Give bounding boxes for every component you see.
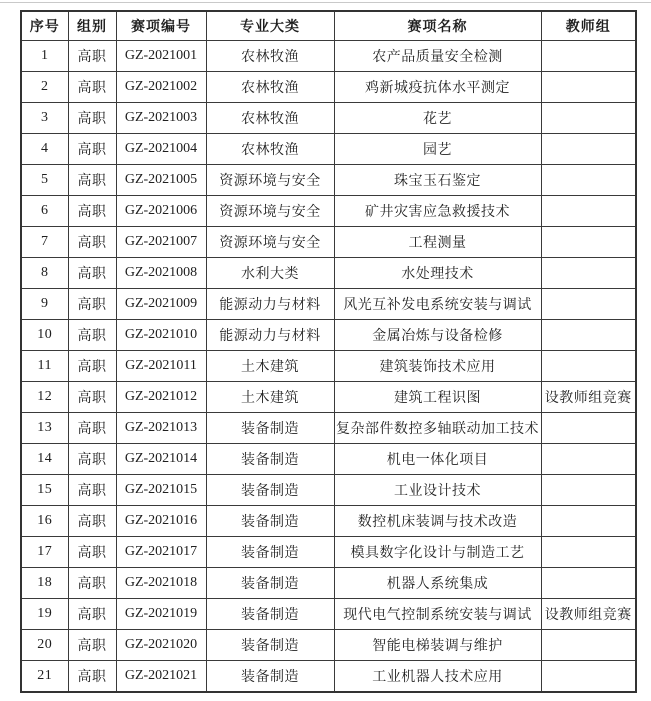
cell-teacher	[541, 289, 636, 320]
cell-name: 风光互补发电系统安装与调试	[334, 289, 541, 320]
cell-teacher	[541, 196, 636, 227]
cell-index: 11	[21, 351, 68, 382]
cell-category: 装备制造	[206, 537, 334, 568]
cell-name: 工程测量	[334, 227, 541, 258]
table-row: 15高职GZ-2021015装备制造工业设计技术	[21, 475, 636, 506]
cell-group: 高职	[68, 258, 116, 289]
cell-code: GZ-2021011	[116, 351, 206, 382]
cell-category: 装备制造	[206, 599, 334, 630]
cell-index: 19	[21, 599, 68, 630]
cell-code: GZ-2021001	[116, 41, 206, 72]
cell-code: GZ-2021008	[116, 258, 206, 289]
cell-code: GZ-2021006	[116, 196, 206, 227]
cell-category: 能源动力与材料	[206, 320, 334, 351]
cell-name: 现代电气控制系统安装与调试	[334, 599, 541, 630]
cell-group: 高职	[68, 320, 116, 351]
cell-category: 装备制造	[206, 506, 334, 537]
cell-group: 高职	[68, 413, 116, 444]
table-row: 14高职GZ-2021014装备制造机电一体化项目	[21, 444, 636, 475]
table-row: 6高职GZ-2021006资源环境与安全矿井灾害应急救援技术	[21, 196, 636, 227]
cell-index: 12	[21, 382, 68, 413]
cell-group: 高职	[68, 41, 116, 72]
cell-index: 9	[21, 289, 68, 320]
table-row: 3高职GZ-2021003农林牧渔花艺	[21, 103, 636, 134]
cell-code: GZ-2021004	[116, 134, 206, 165]
table-row: 16高职GZ-2021016装备制造数控机床装调与技术改造	[21, 506, 636, 537]
cell-group: 高职	[68, 196, 116, 227]
cell-teacher	[541, 134, 636, 165]
table-row: 7高职GZ-2021007资源环境与安全工程测量	[21, 227, 636, 258]
cell-teacher	[541, 661, 636, 693]
cell-category: 能源动力与材料	[206, 289, 334, 320]
cell-name: 数控机床装调与技术改造	[334, 506, 541, 537]
table-row: 20高职GZ-2021020装备制造智能电梯装调与维护	[21, 630, 636, 661]
cell-index: 16	[21, 506, 68, 537]
cell-group: 高职	[68, 568, 116, 599]
cell-code: GZ-2021012	[116, 382, 206, 413]
cell-index: 21	[21, 661, 68, 693]
cell-category: 装备制造	[206, 661, 334, 693]
cell-group: 高职	[68, 227, 116, 258]
cell-teacher	[541, 351, 636, 382]
table-row: 11高职GZ-2021011土木建筑建筑装饰技术应用	[21, 351, 636, 382]
cell-code: GZ-2021014	[116, 444, 206, 475]
cell-category: 资源环境与安全	[206, 196, 334, 227]
cell-group: 高职	[68, 289, 116, 320]
cell-category: 农林牧渔	[206, 103, 334, 134]
cell-group: 高职	[68, 599, 116, 630]
table-row: 18高职GZ-2021018装备制造机器人系统集成	[21, 568, 636, 599]
cell-index: 3	[21, 103, 68, 134]
cell-category: 土木建筑	[206, 351, 334, 382]
column-header-teacher: 教师组	[541, 11, 636, 41]
cell-teacher	[541, 568, 636, 599]
cell-group: 高职	[68, 630, 116, 661]
cell-name: 金属冶炼与设备检修	[334, 320, 541, 351]
cell-group: 高职	[68, 475, 116, 506]
cell-index: 6	[21, 196, 68, 227]
cell-code: GZ-2021021	[116, 661, 206, 693]
cell-teacher: 设教师组竞赛	[541, 599, 636, 630]
cell-teacher	[541, 72, 636, 103]
cell-category: 装备制造	[206, 475, 334, 506]
cell-group: 高职	[68, 165, 116, 196]
cell-code: GZ-2021013	[116, 413, 206, 444]
cell-category: 装备制造	[206, 568, 334, 599]
cell-category: 资源环境与安全	[206, 165, 334, 196]
cell-index: 15	[21, 475, 68, 506]
cell-code: GZ-2021007	[116, 227, 206, 258]
cell-name: 机器人系统集成	[334, 568, 541, 599]
cell-name: 工业机器人技术应用	[334, 661, 541, 693]
table-row: 5高职GZ-2021005资源环境与安全珠宝玉石鉴定	[21, 165, 636, 196]
cell-name: 工业设计技术	[334, 475, 541, 506]
cell-code: GZ-2021009	[116, 289, 206, 320]
cell-index: 13	[21, 413, 68, 444]
cell-group: 高职	[68, 382, 116, 413]
column-header-group: 组别	[68, 11, 116, 41]
cell-teacher	[541, 165, 636, 196]
cell-group: 高职	[68, 103, 116, 134]
cell-group: 高职	[68, 537, 116, 568]
table-row: 4高职GZ-2021004农林牧渔园艺	[21, 134, 636, 165]
cell-teacher	[541, 103, 636, 134]
cell-name: 建筑工程识图	[334, 382, 541, 413]
cell-teacher	[541, 475, 636, 506]
cell-index: 10	[21, 320, 68, 351]
cell-name: 机电一体化项目	[334, 444, 541, 475]
cell-category: 农林牧渔	[206, 134, 334, 165]
column-header-index: 序号	[21, 11, 68, 41]
table-header: 序号组别赛项编号专业大类赛项名称教师组	[21, 11, 636, 41]
cell-category: 农林牧渔	[206, 41, 334, 72]
cell-code: GZ-2021003	[116, 103, 206, 134]
cell-name: 花艺	[334, 103, 541, 134]
cell-teacher	[541, 630, 636, 661]
column-header-code: 赛项编号	[116, 11, 206, 41]
table-row: 19高职GZ-2021019装备制造现代电气控制系统安装与调试设教师组竞赛	[21, 599, 636, 630]
cell-index: 4	[21, 134, 68, 165]
table-row: 21高职GZ-2021021装备制造工业机器人技术应用	[21, 661, 636, 693]
cell-name: 复杂部件数控多轴联动加工技术	[334, 413, 541, 444]
cell-teacher	[541, 258, 636, 289]
cell-category: 装备制造	[206, 413, 334, 444]
cell-name: 建筑装饰技术应用	[334, 351, 541, 382]
cell-code: GZ-2021020	[116, 630, 206, 661]
cell-index: 1	[21, 41, 68, 72]
cell-teacher: 设教师组竞赛	[541, 382, 636, 413]
table-row: 13高职GZ-2021013装备制造复杂部件数控多轴联动加工技术	[21, 413, 636, 444]
cell-group: 高职	[68, 134, 116, 165]
cell-code: GZ-2021016	[116, 506, 206, 537]
cell-code: GZ-2021002	[116, 72, 206, 103]
competition-table: 序号组别赛项编号专业大类赛项名称教师组 1高职GZ-2021001农林牧渔农产品…	[20, 10, 637, 693]
cell-name: 智能电梯装调与维护	[334, 630, 541, 661]
cell-index: 5	[21, 165, 68, 196]
table-row: 17高职GZ-2021017装备制造模具数字化设计与制造工艺	[21, 537, 636, 568]
cell-index: 7	[21, 227, 68, 258]
cell-index: 2	[21, 72, 68, 103]
cell-category: 农林牧渔	[206, 72, 334, 103]
cell-category: 土木建筑	[206, 382, 334, 413]
cell-index: 18	[21, 568, 68, 599]
table-row: 1高职GZ-2021001农林牧渔农产品质量安全检测	[21, 41, 636, 72]
cell-category: 装备制造	[206, 444, 334, 475]
cell-category: 资源环境与安全	[206, 227, 334, 258]
cell-code: GZ-2021005	[116, 165, 206, 196]
cell-group: 高职	[68, 506, 116, 537]
cell-name: 农产品质量安全检测	[334, 41, 541, 72]
cell-index: 14	[21, 444, 68, 475]
cell-name: 珠宝玉石鉴定	[334, 165, 541, 196]
column-header-category: 专业大类	[206, 11, 334, 41]
top-edge-rule	[0, 2, 651, 3]
table-header-row: 序号组别赛项编号专业大类赛项名称教师组	[21, 11, 636, 41]
column-header-name: 赛项名称	[334, 11, 541, 41]
cell-group: 高职	[68, 351, 116, 382]
cell-code: GZ-2021018	[116, 568, 206, 599]
cell-teacher	[541, 227, 636, 258]
cell-code: GZ-2021010	[116, 320, 206, 351]
cell-group: 高职	[68, 72, 116, 103]
cell-code: GZ-2021015	[116, 475, 206, 506]
cell-code: GZ-2021017	[116, 537, 206, 568]
table-row: 10高职GZ-2021010能源动力与材料金属冶炼与设备检修	[21, 320, 636, 351]
cell-group: 高职	[68, 444, 116, 475]
cell-name: 模具数字化设计与制造工艺	[334, 537, 541, 568]
table-row: 2高职GZ-2021002农林牧渔鸡新城疫抗体水平测定	[21, 72, 636, 103]
cell-name: 园艺	[334, 134, 541, 165]
table-row: 9高职GZ-2021009能源动力与材料风光互补发电系统安装与调试	[21, 289, 636, 320]
cell-category: 装备制造	[206, 630, 334, 661]
cell-teacher	[541, 413, 636, 444]
cell-name: 水处理技术	[334, 258, 541, 289]
table-row: 8高职GZ-2021008水利大类水处理技术	[21, 258, 636, 289]
cell-teacher	[541, 537, 636, 568]
cell-index: 17	[21, 537, 68, 568]
cell-teacher	[541, 444, 636, 475]
cell-teacher	[541, 41, 636, 72]
cell-code: GZ-2021019	[116, 599, 206, 630]
cell-teacher	[541, 506, 636, 537]
cell-index: 20	[21, 630, 68, 661]
cell-name: 矿井灾害应急救援技术	[334, 196, 541, 227]
cell-name: 鸡新城疫抗体水平测定	[334, 72, 541, 103]
cell-index: 8	[21, 258, 68, 289]
table-row: 12高职GZ-2021012土木建筑建筑工程识图设教师组竞赛	[21, 382, 636, 413]
cell-category: 水利大类	[206, 258, 334, 289]
cell-group: 高职	[68, 661, 116, 693]
cell-teacher	[541, 320, 636, 351]
